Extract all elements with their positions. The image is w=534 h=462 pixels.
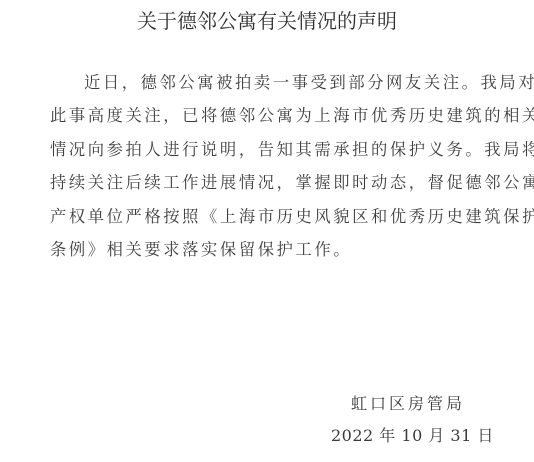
issue-date: 2022 年 10 月 31 日 bbox=[331, 424, 494, 448]
document-title: 关于德邻公寓有关情况的声明 bbox=[0, 8, 534, 34]
body-line: 条例》相关要求落实保留保护工作。 bbox=[50, 233, 502, 266]
document-body: 近日，德邻公寓被拍卖一事受到部分网友关注。我局对 此事高度关注，已将德邻公寓为上… bbox=[50, 66, 502, 266]
body-line: 产权单位严格按照《上海市历史风貌区和优秀历史建筑保护 bbox=[50, 200, 502, 233]
issuer-signature: 虹口区房管局 bbox=[351, 392, 465, 416]
body-line: 持续关注后续工作进展情况，掌握即时动态，督促德邻公寓 bbox=[50, 166, 502, 199]
body-line: 此事高度关注，已将德邻公寓为上海市优秀历史建筑的相关 bbox=[50, 99, 502, 132]
body-line: 近日，德邻公寓被拍卖一事受到部分网友关注。我局对 bbox=[50, 66, 502, 99]
body-line: 情况向参拍人进行说明，告知其需承担的保护义务。我局将 bbox=[50, 133, 502, 166]
